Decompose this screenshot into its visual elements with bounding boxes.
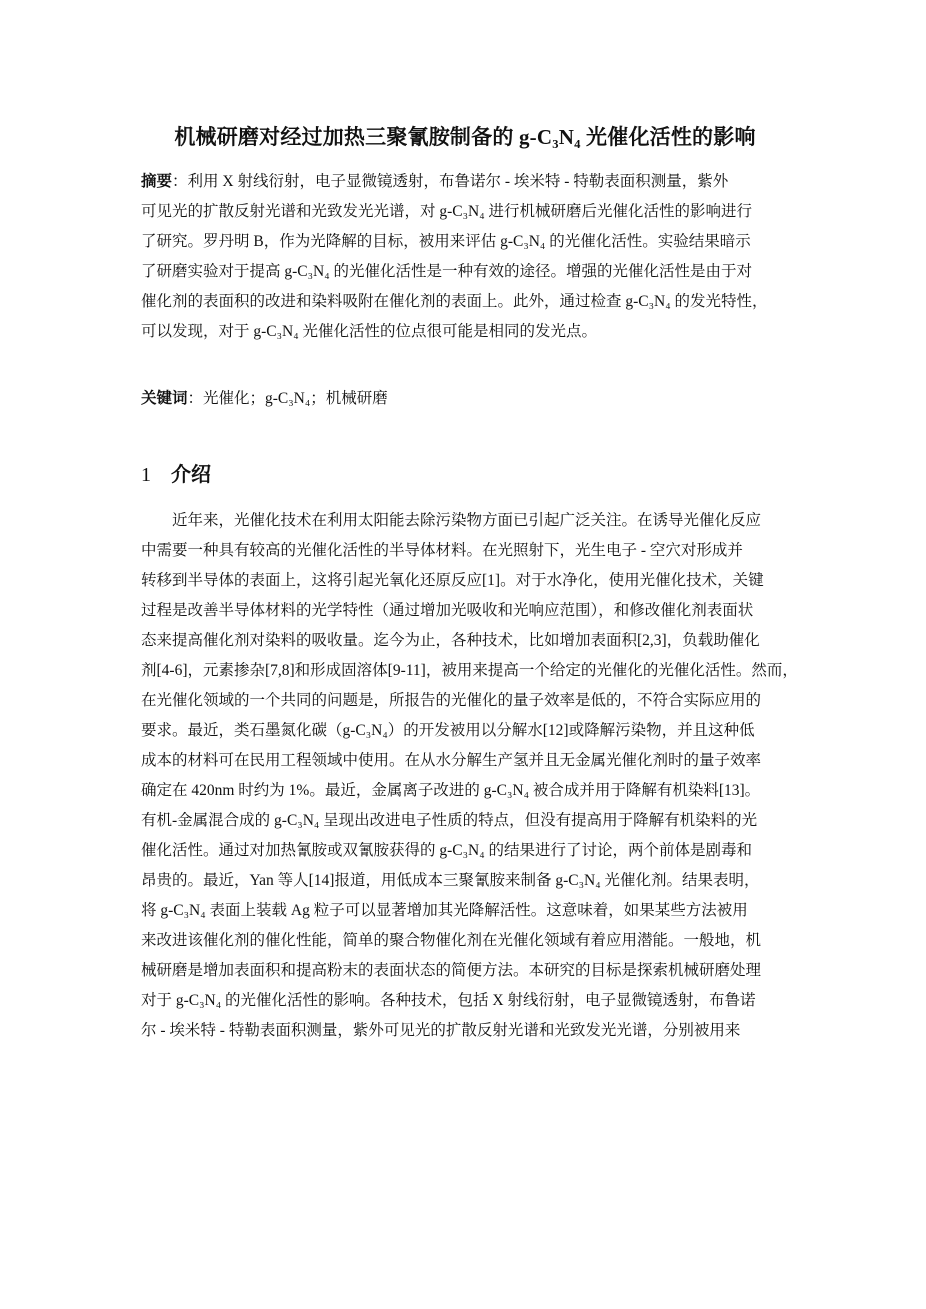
section-heading: 1介绍: [141, 460, 211, 490]
abstract-line-4: 催化剂的表面积的改进和染料吸附在催化剂的表面上。此外，通过检查 g-C₃N₄ 的…: [141, 287, 789, 317]
intro-line: 成本的材料可在民用工程领域中使用。在从水分解生产氢并且无金属光催化剂时的量子效率: [141, 746, 789, 776]
keywords-text: ：光催化；g-C₃N₄；机械研磨: [188, 390, 388, 407]
keywords-label: 关键词: [141, 389, 188, 407]
intro-line: 确定在 420nm 时约为 1%。最近，金属离子改进的 g-C₃N₄ 被合成并用…: [141, 776, 789, 806]
intro-line: 有机-金属混合成的 g-C₃N₄ 呈现出改进电子性质的特点，但没有提高用于降解有…: [141, 806, 789, 836]
intro-line: 过程是改善半导体材料的光学特性（通过增加光吸收和光响应范围），和修改催化剂表面状: [141, 596, 789, 626]
section-title: 介绍: [171, 464, 211, 486]
intro-line: 要求。最近，类石墨氮化碳（g-C₃N₄）的开发被用以分解水[12]或降解污染物，…: [141, 716, 789, 746]
intro-line: 昂贵的。最近，Yan 等人[14]报道，用低成本三聚氰胺来制备 g-C₃N₄ 光…: [141, 866, 789, 896]
paper-title: 机械研磨对经过加热三聚氰胺制备的 g-C₃N₄ 光催化活性的影响: [141, 122, 789, 152]
abstract-line-3: 了研磨实验对于提高 g-C₃N₄ 的光催化活性是一种有效的途径。增强的光催化活性…: [141, 257, 789, 287]
keywords: 关键词：光催化；g-C₃N₄；机械研磨: [141, 383, 789, 414]
abstract-text: ：利用 X 射线衍射，电子显微镜透射，布鲁诺尔 - 埃米特 - 特勒表面积测量，…: [172, 173, 728, 190]
abstract: 摘要：利用 X 射线衍射，电子显微镜透射，布鲁诺尔 - 埃米特 - 特勒表面积测…: [141, 166, 789, 347]
intro-line: 剂[4-6]，元素掺杂[7,8]和形成固溶体[9-11]，被用来提高一个给定的光…: [141, 656, 789, 686]
intro-line: 近年来，光催化技术在利用太阳能去除污染物方面已引起广泛关注。在诱导光催化反应: [141, 506, 789, 536]
intro-line: 将 g-C₃N₄ 表面上装载 Ag 粒子可以显著增加其光降解活性。这意味着，如果…: [141, 896, 789, 926]
abstract-line-1: 可见光的扩散反射光谱和光致发光光谱，对 g-C₃N₄ 进行机械研磨后光催化活性的…: [141, 197, 789, 227]
intro-line: 械研磨是增加表面积和提高粉末的表面状态的简便方法。本研究的目标是探索机械研磨处理: [141, 956, 789, 986]
section-number: 1: [141, 464, 151, 486]
intro-line: 来改进该催化剂的催化性能，简单的聚合物催化剂在光催化领域有着应用潜能。一般地，机: [141, 926, 789, 956]
intro-line: 催化活性。通过对加热氰胺或双氰胺获得的 g-C₃N₄ 的结果进行了讨论，两个前体…: [141, 836, 789, 866]
intro-paragraph: 近年来，光催化技术在利用太阳能去除污染物方面已引起广泛关注。在诱导光催化反应 中…: [141, 506, 789, 1046]
abstract-label: 摘要: [141, 172, 172, 190]
intro-line: 尔 - 埃米特 - 特勒表面积测量，紫外可见光的扩散反射光谱和光致发光光谱，分别…: [141, 1016, 789, 1046]
intro-line: 对于 g-C₃N₄ 的光催化活性的影响。各种技术，包括 X 射线衍射，电子显微镜…: [141, 986, 789, 1016]
abstract-line-5: 可以发现，对于 g-C₃N₄ 光催化活性的位点很可能是相同的发光点。: [141, 317, 789, 347]
intro-line: 中需要一种具有较高的光催化活性的半导体材料。在光照射下，光生电子 - 空穴对形成…: [141, 536, 789, 566]
intro-line: 转移到半导体的表面上，这将引起光氧化还原反应[1]。对于水净化，使用光催化技术，…: [141, 566, 789, 596]
abstract-line-2: 了研究。罗丹明 B，作为光降解的目标，被用来评估 g-C₃N₄ 的光催化活性。实…: [141, 227, 789, 257]
intro-line: 态来提高催化剂对染料的吸收量。迄今为止，各种技术，比如增加表面积[2,3]，负载…: [141, 626, 789, 656]
abstract-line-0: 摘要：利用 X 射线衍射，电子显微镜透射，布鲁诺尔 - 埃米特 - 特勒表面积测…: [141, 166, 789, 197]
intro-line: 在光催化领域的一个共同的问题是，所报告的光催化的量子效率是低的，不符合实际应用的: [141, 686, 789, 716]
